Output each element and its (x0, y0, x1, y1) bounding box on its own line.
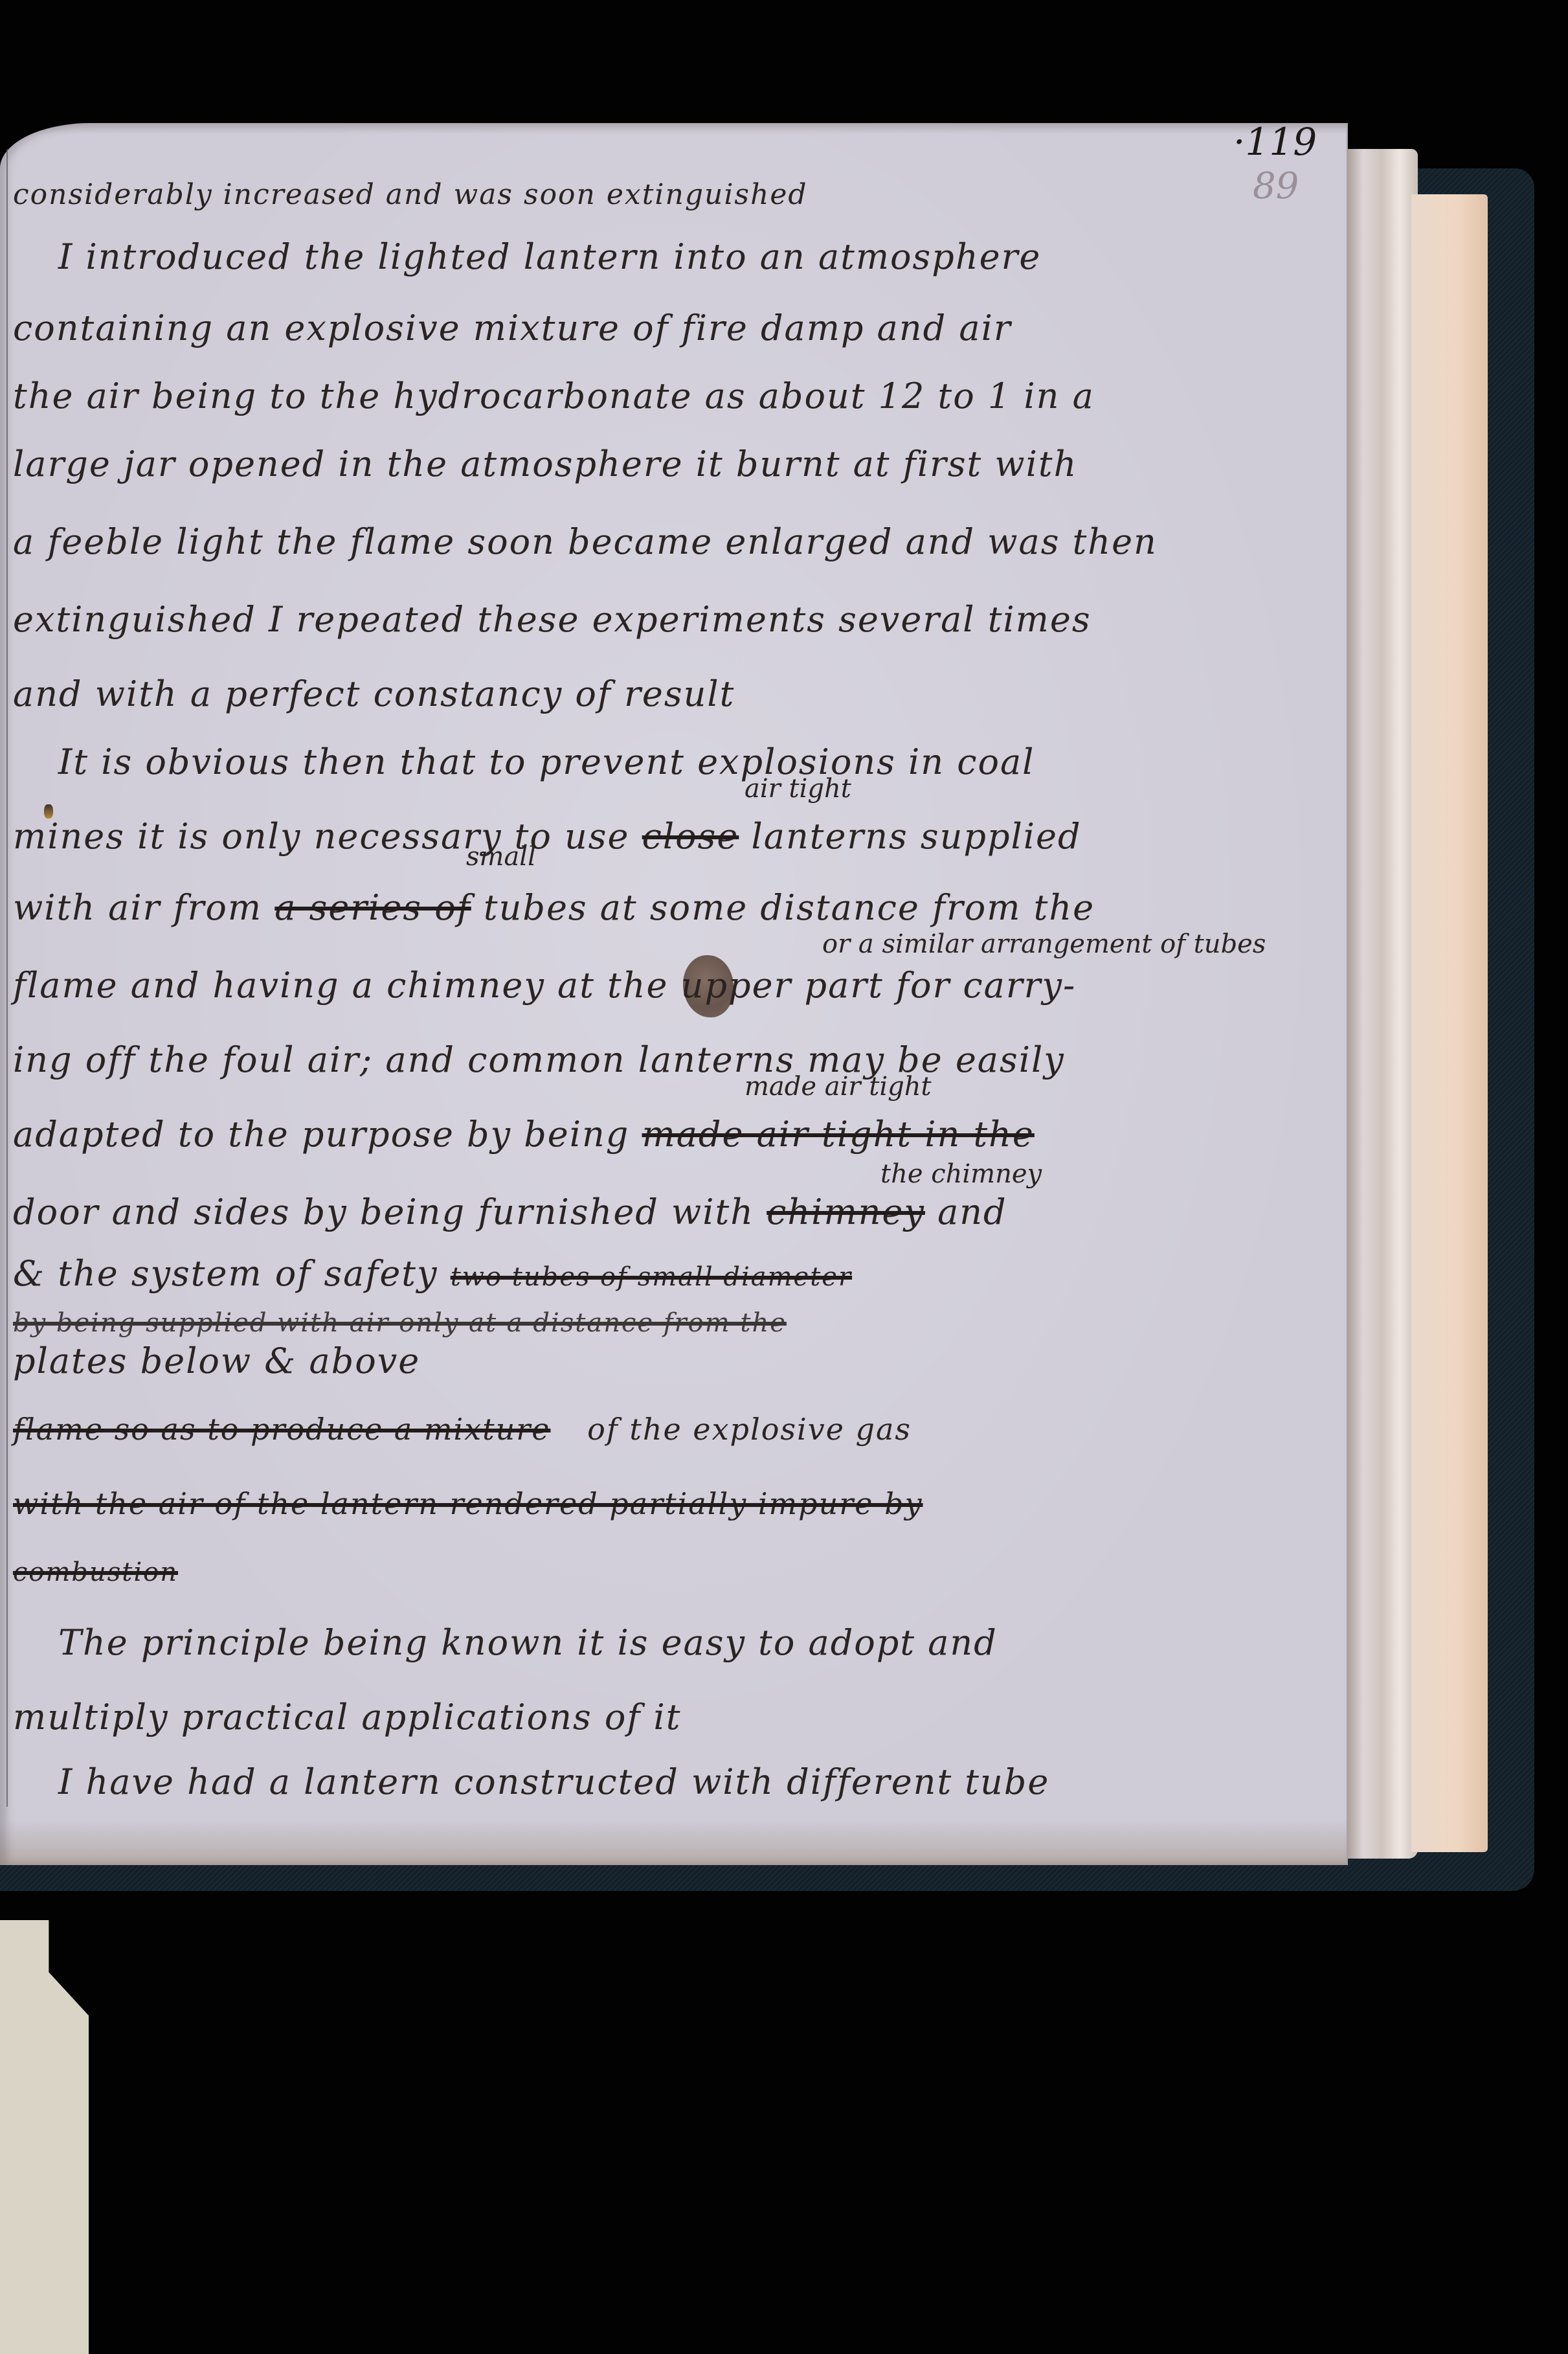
deleted-line-b: flame so as to produce a mixture (13, 1412, 550, 1447)
text-segment: of the explosive gas (587, 1412, 912, 1447)
deleted-word-close: close (642, 816, 739, 857)
text-line-1: considerably increased and was soon exti… (13, 178, 808, 211)
text-line-17: plates below & above (13, 1341, 420, 1381)
text-segment: and (937, 1192, 1007, 1232)
deleted-made-air-tight-in-the: made air tight in the (642, 1114, 1035, 1155)
text-line-9: It is obvious then that to prevent explo… (58, 741, 1035, 782)
folio-number-pencil: 89 (1253, 165, 1299, 207)
text-line-6: a feeble light the flame soon became enl… (13, 521, 1158, 562)
text-line-18: flame so as to produce a mixture of the … (13, 1412, 912, 1447)
text-line-12: flame and having a chimney at the upper … (13, 965, 1076, 1006)
text-line-15: door and sides by being furnished with c… (13, 1192, 1007, 1232)
text-line-4: the air being to the hydrocarbonate as a… (13, 376, 1095, 416)
insertion-made-air-tight: made air tight (745, 1072, 932, 1102)
text-segment: & the system of safety (13, 1253, 438, 1294)
folio-number-ink: ·119 (1233, 120, 1317, 164)
deleted-line-a: by being supplied with air only at a dis… (13, 1308, 787, 1338)
insertion-the-chimney: the chimney (880, 1159, 1042, 1189)
text-line-21: I have had a lantern constructed with di… (58, 1761, 1049, 1802)
text-segment: mines it is only necessary to use (13, 816, 629, 857)
text-line-3: containing an explosive mixture of fire … (13, 308, 1012, 348)
gutter-line (6, 149, 8, 1807)
text-segment: tubes at some distance from the (484, 887, 1095, 928)
deleted-tubes-small-diameter: two tubes of small diameter (451, 1262, 852, 1292)
text-line-5: large jar opened in the atmosphere it bu… (13, 444, 1077, 484)
text-line-16: & the system of safety two tubes of smal… (13, 1253, 852, 1294)
deleted-chimney: chimney (767, 1192, 925, 1232)
deleted-a-series-of: a series of (274, 887, 471, 928)
insertion-small: small (466, 842, 536, 872)
endpaper (1411, 194, 1488, 1852)
insertion-air-tight: air tight (745, 774, 851, 804)
manuscript-page: ·119 89 considerably increased and was s… (0, 123, 1348, 1865)
text-line-2: I introduced the lighted lantern into an… (58, 236, 1041, 277)
text-line-19: The principle being known it is easy to … (58, 1622, 998, 1663)
text-line-10: mines it is only necessary to use close … (13, 816, 1082, 857)
text-line-14: adapted to the purpose by being made air… (13, 1114, 1035, 1155)
reference-slip (0, 1920, 89, 2354)
text-segment: lanterns supplied (752, 816, 1082, 857)
text-segment: adapted to the purpose by being (13, 1114, 629, 1155)
insertion-similar-arrangement: or a similar arrangement of tubes (822, 929, 1266, 959)
deleted-line-c: with the air of the lantern rendered par… (13, 1486, 923, 1521)
text-line-20: multiply practical applications of it (13, 1697, 681, 1737)
text-segment: door and sides by being furnished with (13, 1192, 754, 1232)
text-segment: with air from (13, 887, 262, 928)
text-line-11: with air from a series of tubes at some … (13, 887, 1095, 928)
text-line-8: and with a perfect constancy of result (13, 673, 735, 714)
deleted-line-d: combustion (13, 1557, 178, 1587)
text-line-7: extinguished I repeated these experiment… (13, 599, 1092, 640)
